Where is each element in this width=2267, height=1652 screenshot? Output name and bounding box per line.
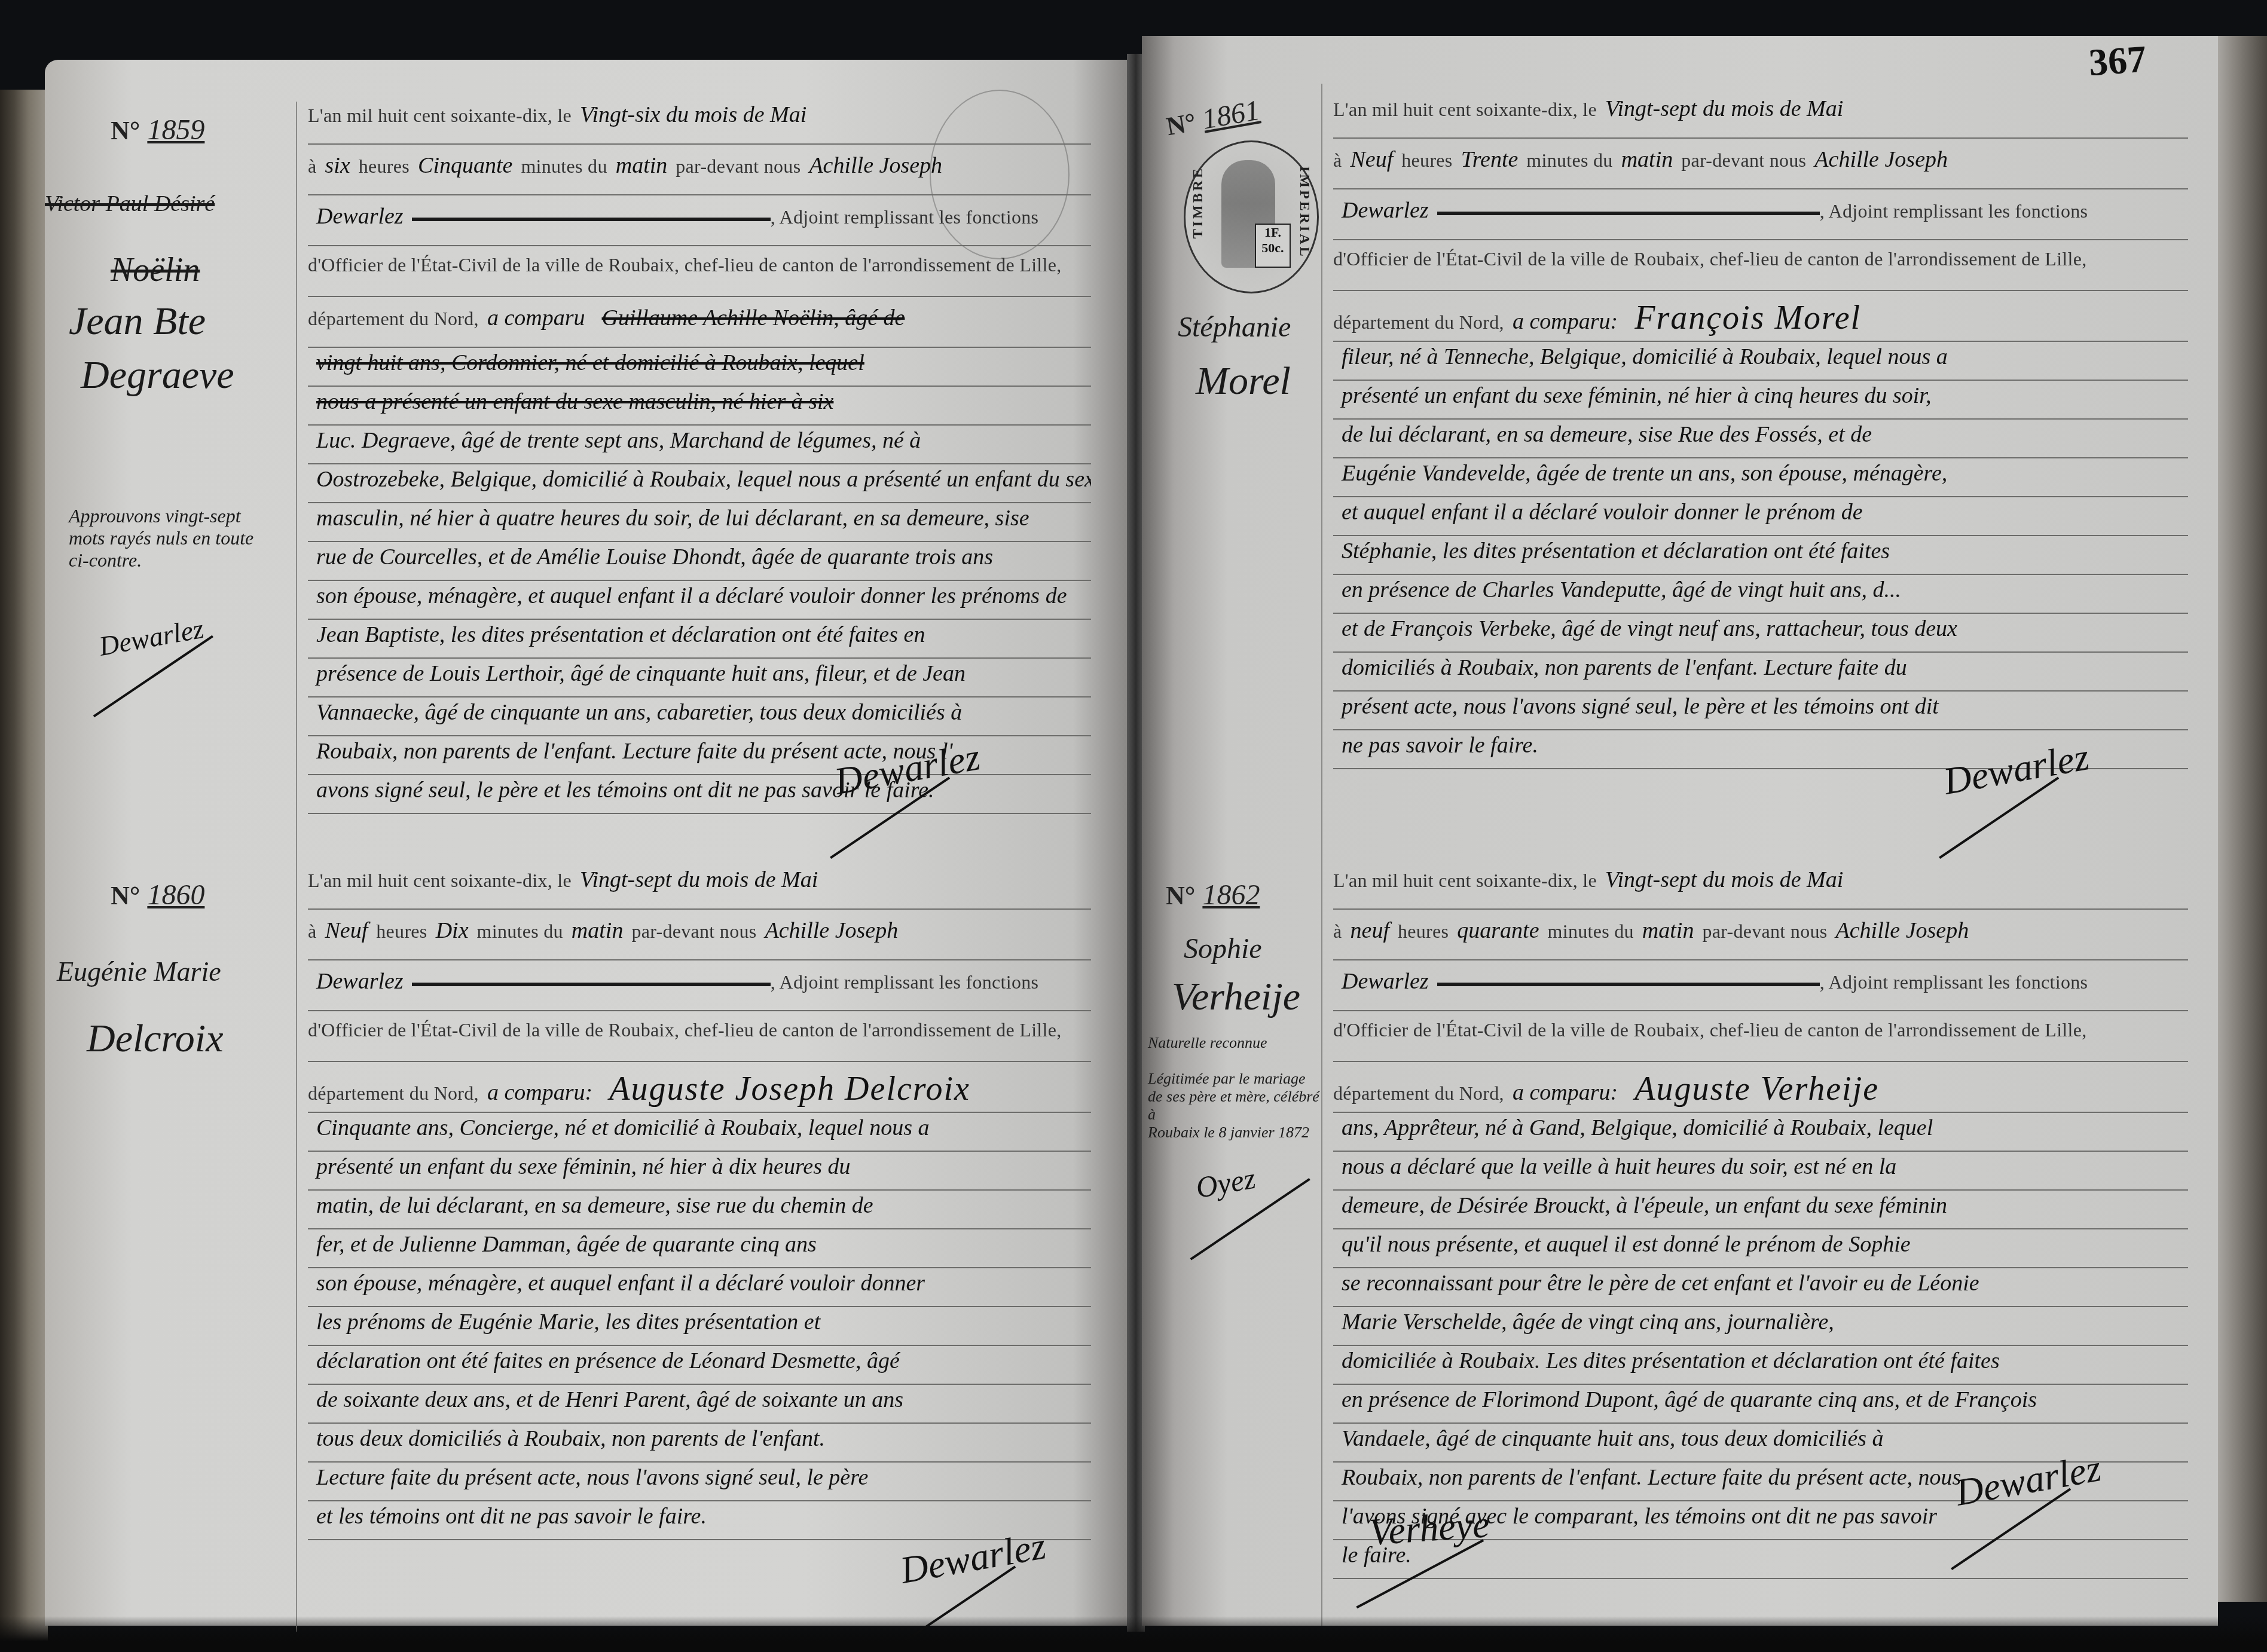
row-departement: département du Nord,a comparu:Auguste Jo…	[308, 1070, 1091, 1113]
entry-1862: N°1862 Sophie Verheije Naturelle reconnu…	[1142, 813, 2218, 1626]
row-officer: Dewarlez, Adjoint remplissant les foncti…	[308, 968, 1091, 1011]
book-edge-left	[0, 90, 48, 1644]
row-departement: département du Nord,a comparu:Auguste Ve…	[1333, 1070, 2188, 1113]
row-date: L'an mil huit cent soixante-dix, leVingt…	[308, 867, 1091, 910]
entry-number-value: 1861	[1200, 94, 1262, 136]
row-time: àsixheuresCinquanteminutes dumatinpar-de…	[308, 152, 1091, 195]
entry-number: N°1861	[1163, 94, 1262, 142]
imperial-tax-stamp: TIMBRE IMPERIAL 1F. 50c.	[1184, 140, 1319, 293]
declarant-signature: Verheye	[1368, 1502, 1491, 1555]
entry-number: N°1859	[111, 114, 204, 146]
margin-child-name: Jean Bte	[69, 299, 206, 344]
row-time: àNeufheuresTrenteminutes dumatinpar-deva…	[1333, 146, 2188, 189]
entry-number-value: 1860	[147, 879, 204, 911]
margin-child-surname: Morel	[1196, 359, 1291, 404]
row-date: L'an mil huit cent soixante-dix, leVingt…	[308, 102, 1091, 145]
entry-number: N°1860	[111, 879, 204, 911]
entry-number-value: 1862	[1202, 879, 1260, 911]
margin-child-surname: Delcroix	[87, 1016, 223, 1061]
margin-approval-note: Approuvons vingt-sept mots rayés nuls en…	[69, 505, 253, 571]
margin-struck-surname: Noëlin	[111, 251, 200, 289]
book-edge-right	[2212, 36, 2267, 1602]
margin-child-name: Stéphanie	[1178, 311, 1291, 344]
row-date: L'an mil huit cent soixante-dix, leVingt…	[1333, 867, 2188, 910]
entry-number: N°1862	[1166, 879, 1260, 911]
entry-1859: N°1859 Victor Paul Désiré Noëlin Jean Bt…	[45, 60, 1127, 819]
right-page: 367 N°1861 TIMBRE IMPERIAL 1F. 50c. Stép…	[1142, 36, 2218, 1626]
row-officer: Dewarlez, Adjoint remplissant les foncti…	[1333, 197, 2188, 240]
date-value: Vingt-six du mois de Mai	[580, 102, 806, 127]
row-officier: d'Officier de l'État-Civil de la ville d…	[1333, 1019, 2188, 1062]
row-officer: Dewarlez, Adjoint remplissant les foncti…	[308, 203, 1091, 246]
left-page: N°1859 Victor Paul Désiré Noëlin Jean Bt…	[45, 60, 1127, 1626]
register-book: N°1859 Victor Paul Désiré Noëlin Jean Bt…	[0, 0, 2267, 1652]
row-time: àneufheuresquaranteminutes dumatinpar-de…	[1333, 917, 2188, 960]
row-date: L'an mil huit cent soixante-dix, leVingt…	[1333, 96, 2188, 139]
row-officier: d'Officier de l'État-Civil de la ville d…	[308, 1019, 1091, 1062]
margin-child-name: Eugénie Marie	[57, 956, 221, 988]
row-officier: d'Officier de l'État-Civil de la ville d…	[308, 254, 1091, 297]
entry-number-value: 1859	[147, 114, 204, 146]
row-departement: département du Nord,a comparu:François M…	[1333, 299, 2188, 342]
entry-1860: N°1860 Eugénie Marie Delcroix L'an mil h…	[45, 819, 1127, 1626]
margin-child-surname: Degraeve	[81, 353, 234, 398]
margin-struck-name: Victor Paul Désiré	[45, 191, 215, 218]
row-time: àNeufheuresDixminutes dumatinpar-devant …	[308, 917, 1091, 960]
row-officer: Dewarlez, Adjoint remplissant les foncti…	[1333, 968, 2188, 1011]
margin-note-signature: Dewarlez	[97, 613, 206, 662]
entry-1861: N°1861 TIMBRE IMPERIAL 1F. 50c. Stéphani…	[1142, 36, 2218, 813]
stamp-value: 1F. 50c.	[1255, 224, 1291, 268]
row-officier: d'Officier de l'État-Civil de la ville d…	[1333, 248, 2188, 291]
row-departement: département du Nord,a comparuGuillaume A…	[308, 305, 1091, 348]
margin-note-signature: Oyez	[1193, 1161, 1258, 1205]
margin-child-name: Sophie	[1184, 932, 1262, 965]
margin-child-surname: Verheije	[1172, 974, 1300, 1020]
book-bottom-shadow	[0, 1616, 2267, 1652]
margin-legitimation-note: Naturelle reconnue Légitimée par le mari…	[1148, 1034, 1321, 1141]
